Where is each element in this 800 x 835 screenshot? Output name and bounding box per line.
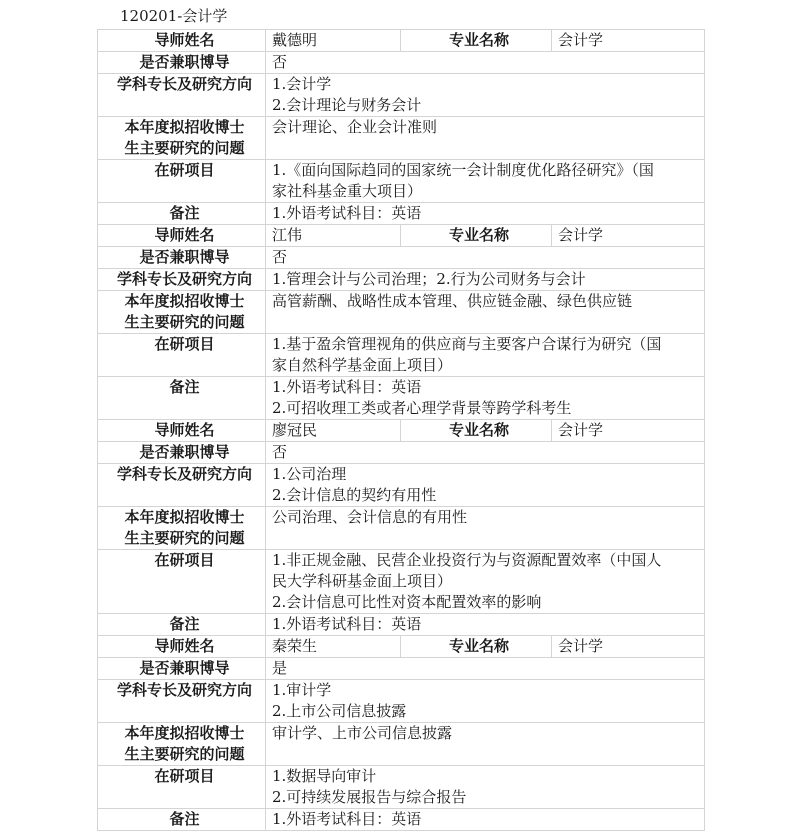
tutor-name-label: 导师姓名: [98, 420, 266, 442]
specialty-row: 学科专长及研究方向 1.管理会计与公司治理；2.行为公司财务与会计: [98, 269, 705, 291]
remarks-row: 备注 1.外语考试科目：英语: [98, 203, 705, 225]
tutor-name-value: 戴德明: [266, 30, 401, 52]
projects-row: 在研项目 1.数据导向审计 2.可持续发展报告与综合报告: [98, 766, 705, 809]
research-problem-value: 会计理论、企业会计准则: [266, 117, 705, 160]
tutor-name-label: 导师姓名: [98, 225, 266, 247]
research-problem-row: 本年度拟招收博士 生主要研究的问题 高管薪酬、战略性成本管理、供应链金融、绿色供…: [98, 291, 705, 334]
remarks-value: 1.外语考试科目：英语: [266, 809, 705, 831]
specialty-row: 学科专长及研究方向 1.审计学 2.上市公司信息披露: [98, 680, 705, 723]
specialty-label: 学科专长及研究方向: [98, 74, 266, 117]
part-time-value: 是: [266, 658, 705, 680]
research-problem-row: 本年度拟招收博士 生主要研究的问题 公司治理、会计信息的有用性: [98, 507, 705, 550]
major-name-value: 会计学: [552, 636, 705, 658]
specialty-label: 学科专长及研究方向: [98, 464, 266, 507]
part-time-value: 否: [266, 442, 705, 464]
major-name-value: 会计学: [552, 225, 705, 247]
remarks-label: 备注: [98, 203, 266, 225]
remarks-value: 1.外语考试科目：英语: [266, 614, 705, 636]
projects-row: 在研项目 1.《面向国际趋同的国家统一会计制度优化路径研究》（国 家社科基金重大…: [98, 160, 705, 203]
research-problem-label: 本年度拟招收博士 生主要研究的问题: [98, 507, 266, 550]
projects-label: 在研项目: [98, 550, 266, 614]
specialty-row: 学科专长及研究方向 1.公司治理 2.会计信息的契约有用性: [98, 464, 705, 507]
major-name-value: 会计学: [552, 420, 705, 442]
projects-label: 在研项目: [98, 160, 266, 203]
projects-label: 在研项目: [98, 334, 266, 377]
research-problem-value: 高管薪酬、战略性成本管理、供应链金融、绿色供应链: [266, 291, 705, 334]
remarks-row: 备注 1.外语考试科目：英语: [98, 614, 705, 636]
projects-value: 1.《面向国际趋同的国家统一会计制度优化路径研究》（国 家社科基金重大项目）: [266, 160, 705, 203]
remarks-label: 备注: [98, 614, 266, 636]
remarks-value: 1.外语考试科目：英语: [266, 203, 705, 225]
remarks-row: 备注 1.外语考试科目：英语 2.可招收理工类或者心理学背景等跨学科考生: [98, 377, 705, 420]
major-name-label: 专业名称: [401, 636, 552, 658]
remarks-row: 备注 1.外语考试科目：英语: [98, 809, 705, 831]
part-time-row: 是否兼职博导 是: [98, 658, 705, 680]
projects-row: 在研项目 1.基于盈余管理视角的供应商与主要客户合谋行为研究（国 家自然科学基金…: [98, 334, 705, 377]
remarks-value: 1.外语考试科目：英语 2.可招收理工类或者心理学背景等跨学科考生: [266, 377, 705, 420]
tutor-name-value: 秦荣生: [266, 636, 401, 658]
tutor-name-value: 廖冠民: [266, 420, 401, 442]
major-name-label: 专业名称: [401, 30, 552, 52]
tutor-info-table: 导师姓名 戴德明 专业名称 会计学 是否兼职博导 否 学科专长及研究方向 1.会…: [97, 29, 705, 831]
major-name-value: 会计学: [552, 30, 705, 52]
tutor-name-row: 导师姓名 戴德明 专业名称 会计学: [98, 30, 705, 52]
research-problem-value: 公司治理、会计信息的有用性: [266, 507, 705, 550]
tutor-name-label: 导师姓名: [98, 636, 266, 658]
research-problem-label: 本年度拟招收博士 生主要研究的问题: [98, 723, 266, 766]
research-problem-row: 本年度拟招收博士 生主要研究的问题 会计理论、企业会计准则: [98, 117, 705, 160]
part-time-row: 是否兼职博导 否: [98, 247, 705, 269]
specialty-label: 学科专长及研究方向: [98, 269, 266, 291]
projects-value: 1.数据导向审计 2.可持续发展报告与综合报告: [266, 766, 705, 809]
specialty-row: 学科专长及研究方向 1.会计学 2.会计理论与财务会计: [98, 74, 705, 117]
specialty-value: 1.管理会计与公司治理；2.行为公司财务与会计: [266, 269, 705, 291]
tutor-name-row: 导师姓名 廖冠民 专业名称 会计学: [98, 420, 705, 442]
research-problem-label: 本年度拟招收博士 生主要研究的问题: [98, 117, 266, 160]
specialty-value: 1.审计学 2.上市公司信息披露: [266, 680, 705, 723]
specialty-value: 1.会计学 2.会计理论与财务会计: [266, 74, 705, 117]
remarks-label: 备注: [98, 377, 266, 420]
research-problem-value: 审计学、上市公司信息披露: [266, 723, 705, 766]
major-name-label: 专业名称: [401, 420, 552, 442]
research-problem-row: 本年度拟招收博士 生主要研究的问题 审计学、上市公司信息披露: [98, 723, 705, 766]
major-name-label: 专业名称: [401, 225, 552, 247]
projects-label: 在研项目: [98, 766, 266, 809]
tutor-name-label: 导师姓名: [98, 30, 266, 52]
document-title: 120201-会计学: [120, 6, 227, 27]
specialty-value: 1.公司治理 2.会计信息的契约有用性: [266, 464, 705, 507]
specialty-label: 学科专长及研究方向: [98, 680, 266, 723]
part-time-value: 否: [266, 52, 705, 74]
projects-row: 在研项目 1.非正规金融、民营企业投资行为与资源配置效率（中国人 民大学科研基金…: [98, 550, 705, 614]
part-time-label: 是否兼职博导: [98, 52, 266, 74]
tutor-name-value: 江伟: [266, 225, 401, 247]
part-time-row: 是否兼职博导 否: [98, 442, 705, 464]
tutor-name-row: 导师姓名 秦荣生 专业名称 会计学: [98, 636, 705, 658]
part-time-label: 是否兼职博导: [98, 247, 266, 269]
part-time-label: 是否兼职博导: [98, 658, 266, 680]
remarks-label: 备注: [98, 809, 266, 831]
part-time-label: 是否兼职博导: [98, 442, 266, 464]
part-time-value: 否: [266, 247, 705, 269]
tutor-name-row: 导师姓名 江伟 专业名称 会计学: [98, 225, 705, 247]
projects-value: 1.非正规金融、民营企业投资行为与资源配置效率（中国人 民大学科研基金面上项目）…: [266, 550, 705, 614]
research-problem-label: 本年度拟招收博士 生主要研究的问题: [98, 291, 266, 334]
projects-value: 1.基于盈余管理视角的供应商与主要客户合谋行为研究（国 家自然科学基金面上项目）: [266, 334, 705, 377]
part-time-row: 是否兼职博导 否: [98, 52, 705, 74]
